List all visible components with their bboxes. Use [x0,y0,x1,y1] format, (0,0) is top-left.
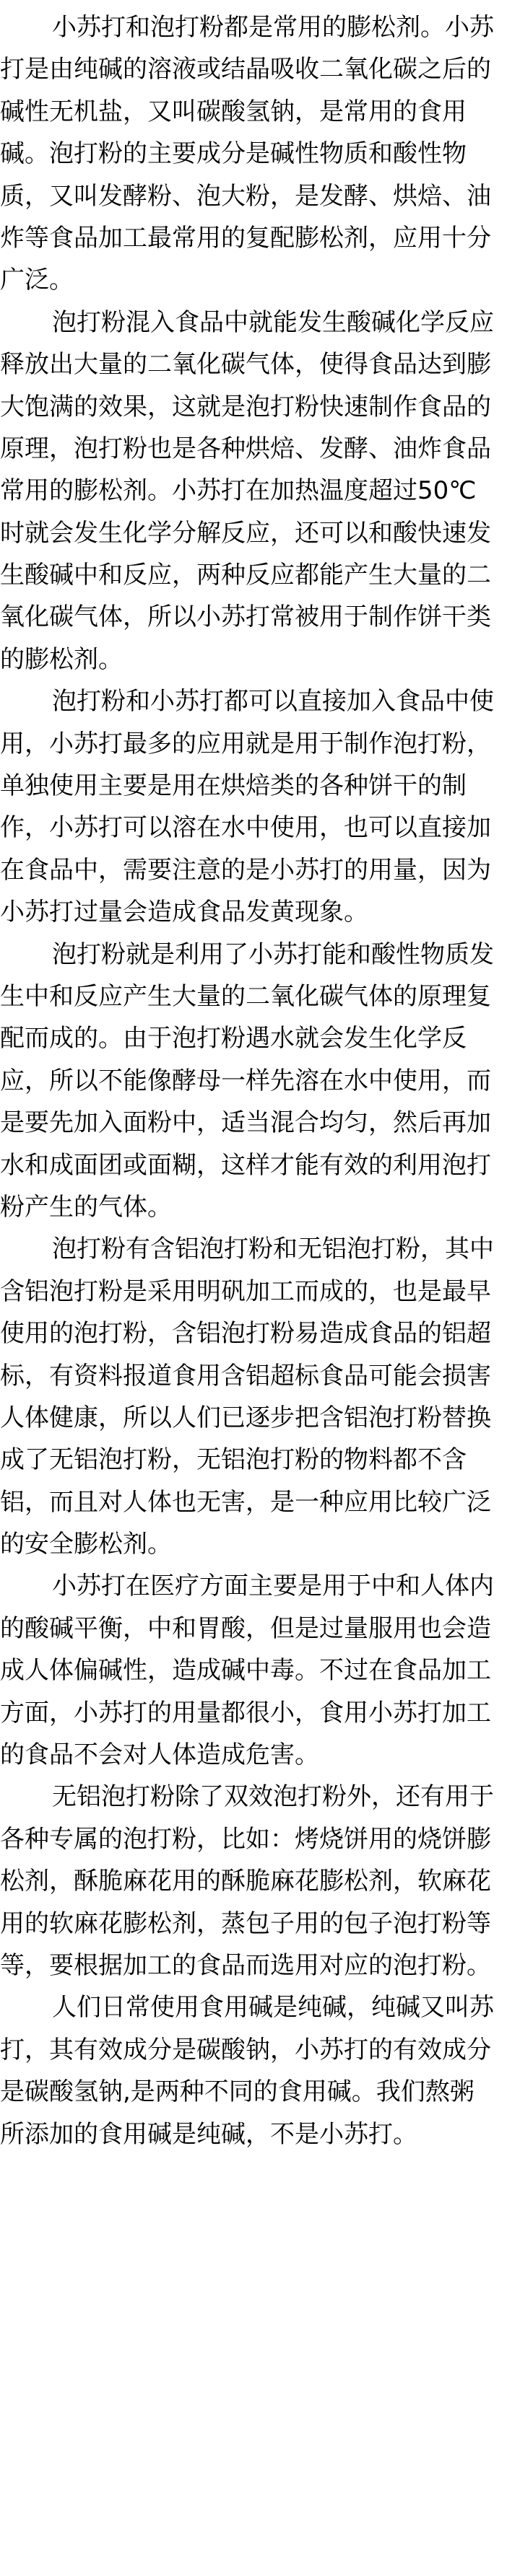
text-line: 泡打粉有含铝泡打粉和无铝泡打粉，其中 [0,1233,520,1275]
text-line: 方面，小苏打的用量都很小，食用小苏打加工 [0,1697,520,1739]
text-line: 的安全膨松剂。 [0,1528,520,1570]
text-line: 无铝泡打粉除了双效泡打粉外，还有用于 [0,1781,520,1823]
text-line: 应，所以不能像酵母一样先溶在水中使用，而 [0,1065,520,1107]
text-line: 粉产生的气体。 [0,1191,520,1233]
text-line: 小苏打过量会造成食品发黄现象。 [0,896,520,938]
text-line: 用，小苏打最多的应用就是用于制作泡打粉， [0,728,520,770]
paragraph: 小苏打在医疗方面主要是用于中和人体内 的酸碱平衡，中和胃酸，但是过量服用也会造 … [0,1570,520,1781]
text-line: 原理，泡打粉也是各种烘焙、发酵、油炸食品 [0,433,520,475]
text-line: 生酸碱中和反应，两种反应都能产生大量的二 [0,559,520,601]
text-line: 的酸碱平衡，中和胃酸，但是过量服用也会造 [0,1613,520,1655]
text-line: 小苏打在医疗方面主要是用于中和人体内 [0,1570,520,1612]
paragraph: 人们日常使用食用碱是纯碱，纯碱又叫苏 打，其有效成分是碳酸钠，小苏打的有效成分 … [0,1992,520,2160]
text-line: 碱性无机盐，又叫碳酸氢钠，是常用的食用 [0,96,520,138]
text-line: 配而成的。由于泡打粉遇水就会发生化学反 [0,1022,520,1064]
text-line: 是要先加入面粉中，适当混合均匀，然后再加 [0,1107,520,1149]
text-line: 碱。泡打粉的主要成分是碱性物质和酸性物 [0,138,520,180]
text-line: 的膨松剂。 [0,644,520,685]
text-line: 标，有资料报道食用含铝超标食品可能会损害 [0,1360,520,1402]
text-line: 等，要根据加工的食品而选用对应的泡打粉。 [0,1950,520,1992]
text-line: 成了无铝泡打粉，无铝泡打粉的物料都不含 [0,1444,520,1486]
text-line: 各种专属的泡打粉，比如：烤烧饼用的烧饼膨 [0,1823,520,1865]
text-line: 使用的泡打粉，含铝泡打粉易造成食品的铝超 [0,1318,520,1359]
text-line: 人体健康，所以人们已逐步把含铝泡打粉替换 [0,1402,520,1444]
text-line: 释放出大量的二氧化碳气体，使得食品达到膨 [0,349,520,390]
text-line: 大饱满的效果，这就是泡打粉快速制作食品的 [0,391,520,433]
text-line: 时就会发生化学分解反应，还可以和酸快速发 [0,517,520,559]
paragraph: 泡打粉混入食品中就能发生酸碱化学反应 释放出大量的二氧化碳气体，使得食品达到膨 … [0,307,520,686]
text-line: 水和成面团或面糊，这样才能有效的利用泡打 [0,1149,520,1191]
text-line: 广泛。 [0,264,520,306]
text-line: 打，其有效成分是碳酸钠，小苏打的有效成分 [0,2034,520,2076]
paragraph: 泡打粉有含铝泡打粉和无铝泡打粉，其中 含铝泡打粉是采用明矾加工而成的，也是最早 … [0,1233,520,1570]
text-line: 作，小苏打可以溶在水中使用，也可以直接加 [0,812,520,854]
text-line: 打是由纯碱的溶液或结晶吸收二氧化碳之后的 [0,53,520,95]
paragraph: 无铝泡打粉除了双效泡打粉外，还有用于 各种专属的泡打粉，比如：烤烧饼用的烧饼膨 … [0,1781,520,1992]
text-line: 的食品不会对人体造成危害。 [0,1739,520,1781]
paragraph: 小苏打和泡打粉都是常用的膨松剂。小苏 打是由纯碱的溶液或结晶吸收二氧化碳之后的 … [0,12,520,307]
text-line: 氧化碳气体，所以小苏打常被用于制作饼干类 [0,601,520,643]
text-line: 用的软麻花膨松剂，蒸包子用的包子泡打粉等 [0,1908,520,1950]
text-line: 炸等食品加工最常用的复配膨松剂，应用十分 [0,222,520,264]
paragraph: 泡打粉和小苏打都可以直接加入食品中使 用，小苏打最多的应用就是用于制作泡打粉， … [0,685,520,938]
text-line: 常用的膨松剂。小苏打在加热温度超过50℃ [0,475,520,517]
text-line: 单独使用主要是用在烘焙类的各种饼干的制 [0,770,520,812]
text-line: 成人体偏碱性，造成碱中毒。不过在食品加工 [0,1655,520,1696]
text-line: 所添加的食用碱是纯碱，不是小苏打。 [0,2119,520,2160]
text-line: 质，又叫发酵粉、泡大粉，是发酵、烘焙、油 [0,180,520,222]
text-line: 松剂，酥脆麻花用的酥脆麻花膨松剂，软麻花 [0,1865,520,1907]
text-line: 人们日常使用食用碱是纯碱，纯碱又叫苏 [0,1992,520,2033]
text-line: 在食品中，需要注意的是小苏打的用量，因为 [0,854,520,896]
text-line: 铝，而且对人体也无害，是一种应用比较广泛 [0,1486,520,1528]
text-line: 泡打粉就是利用了小苏打能和酸性物质发 [0,939,520,981]
text-line: 生中和反应产生大量的二氧化碳气体的原理复 [0,981,520,1022]
text-line: 泡打粉和小苏打都可以直接加入食品中使 [0,685,520,727]
article-body: 小苏打和泡打粉都是常用的膨松剂。小苏 打是由纯碱的溶液或结晶吸收二氧化碳之后的 … [0,0,520,2160]
paragraph: 泡打粉就是利用了小苏打能和酸性物质发 生中和反应产生大量的二氧化碳气体的原理复 … [0,939,520,1234]
text-line: 泡打粉混入食品中就能发生酸碱化学反应 [0,307,520,349]
text-line: 含铝泡打粉是采用明矾加工而成的，也是最早 [0,1276,520,1318]
text-line: 是碳酸氢钠,是两种不同的食用碱。我们熬粥 [0,2076,520,2118]
text-line: 小苏打和泡打粉都是常用的膨松剂。小苏 [0,12,520,53]
